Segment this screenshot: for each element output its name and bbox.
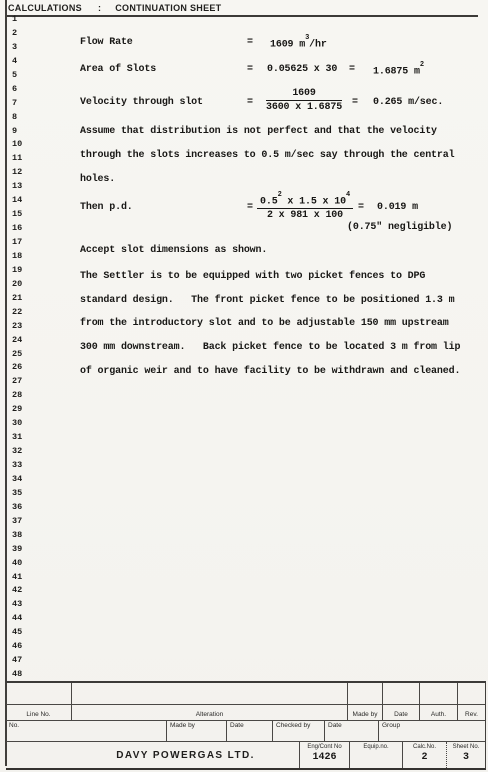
alteration-header-row: Line No. Alteration Made by Date Auth. R… [6,705,485,721]
company-row: DAVY POWERGAS LTD. Eng/Cont No 1426 Equi… [6,742,485,768]
pd-num-mid: x 1.5 x 10 [282,196,346,207]
paragraph-line: Assume that distribution is not perfect … [80,126,454,150]
paragraph-line: through the slots increases to 0.5 m/sec… [80,150,454,174]
pd-fraction-numerator: 0.52 x 1.5 x 104 [257,194,353,209]
made-by-label: Made by [167,721,227,741]
area-slots-value: 1.6875 m2 [373,64,424,77]
area-slots-value-main: 1.6875 m [373,66,420,77]
company-cell: DAVY POWERGAS LTD. [6,742,300,768]
velocity-label: Velocity through slot [80,97,203,108]
assumption-paragraph: Assume that distribution is not perfect … [80,126,454,198]
flow-rate-label: Flow Rate [80,37,133,48]
calc-no-label: Calc.No. [413,743,436,751]
paragraph-line: of organic weir and to have facility to … [80,366,460,390]
area-slots-expression: 0.05625 x 30 [267,64,337,75]
sheet-no-cell: Sheet No. 3 [447,742,485,768]
calc-no-cell: Calc.No. 2 [403,742,447,768]
empty-date-cell [383,683,420,704]
checked-by-label: Checked by [273,721,325,741]
pd-equals2: = [358,202,364,213]
date-header: Date [383,705,420,720]
equip-no-cell: Equip.no. [350,742,403,768]
empty-rev-cell [458,683,485,704]
pd-fraction: 0.52 x 1.5 x 104 2 x 981 x 100 [257,194,353,221]
velocity-fraction-numerator: 1609 [266,88,342,101]
pd-note: (0.75" negligible) [347,222,452,233]
area-slots-label: Area of Slots [80,64,156,75]
empty-alteration-cell [72,683,348,704]
check-row: No. Made by Date Checked by Date Group [6,721,485,742]
velocity-fraction-denominator: 3600 x 1.6875 [266,101,342,113]
footer-empty-row [6,683,485,705]
empty-made-by-cell [348,683,383,704]
paragraph-line: 300 mm downstream. Back picket fence to … [80,342,460,366]
date-label: Date [227,721,273,741]
auth-header: Auth. [420,705,458,720]
paragraph-line: standard design. The front picket fence … [80,295,460,319]
pd-value: 0.019 m [377,202,418,213]
paragraph-line: The Settler is to be equipped with two p… [80,271,460,295]
calc-no-value: 2 [421,751,427,765]
made-by-header: Made by [348,705,383,720]
eng-cont-no-label: Eng/Cont No [307,743,341,751]
area-slots-equals2: = [349,64,355,75]
flow-rate-equals: = [247,37,253,48]
pd-label: Then p.d. [80,202,133,213]
sheet-no-value: 3 [463,751,469,765]
sheet-no-label: Sheet No. [453,743,480,751]
group-label: Group [379,721,485,741]
velocity-equals2: = [352,97,358,108]
eng-cont-no-value: 1426 [312,751,336,765]
pd-num-base: 0.5 [260,196,278,207]
flow-rate-value-unit: /hr [309,39,327,50]
alteration-header: Alteration [72,705,348,720]
date2-label: Date [325,721,379,741]
equip-no-label: Equip.no. [363,743,388,751]
settler-paragraph: The Settler is to be equipped with two p… [80,271,460,389]
rev-header: Rev. [458,705,485,720]
pd-fraction-denominator: 2 x 981 x 100 [267,209,343,221]
velocity-value: 0.265 m/sec. [373,97,443,108]
velocity-equals1: = [247,97,253,108]
flow-rate-value-main: 1609 m [270,39,305,50]
calculation-area: Flow Rate = 1609 m3/hr Area of Slots = 0… [0,0,488,772]
area-slots-equals1: = [247,64,253,75]
company-name: DAVY POWERGAS LTD. [116,750,255,761]
no-label: No. [6,721,167,741]
area-slots-exponent: 2 [420,61,424,69]
footer-table: Line No. Alteration Made by Date Auth. R… [6,681,486,770]
pd-num-exponent1: 2 [278,191,282,199]
calculation-sheet: CALCULATIONS : CONTINUATION SHEET 1 2 3 … [0,0,488,772]
flow-rate-exponent: 3 [305,34,309,42]
flow-rate-value: 1609 m3/hr [270,37,327,50]
pd-num-exponent2: 4 [346,191,350,199]
empty-auth-cell [420,683,458,704]
paragraph-line: from the introductory slot and to be adj… [80,318,460,342]
empty-line-no-cell [6,683,72,704]
accept-statement: Accept slot dimensions as shown. [80,245,267,256]
eng-cont-no-cell: Eng/Cont No 1426 [300,742,350,768]
line-no-header: Line No. [6,705,72,720]
velocity-fraction: 1609 3600 x 1.6875 [266,88,342,113]
pd-equals1: = [247,202,253,213]
